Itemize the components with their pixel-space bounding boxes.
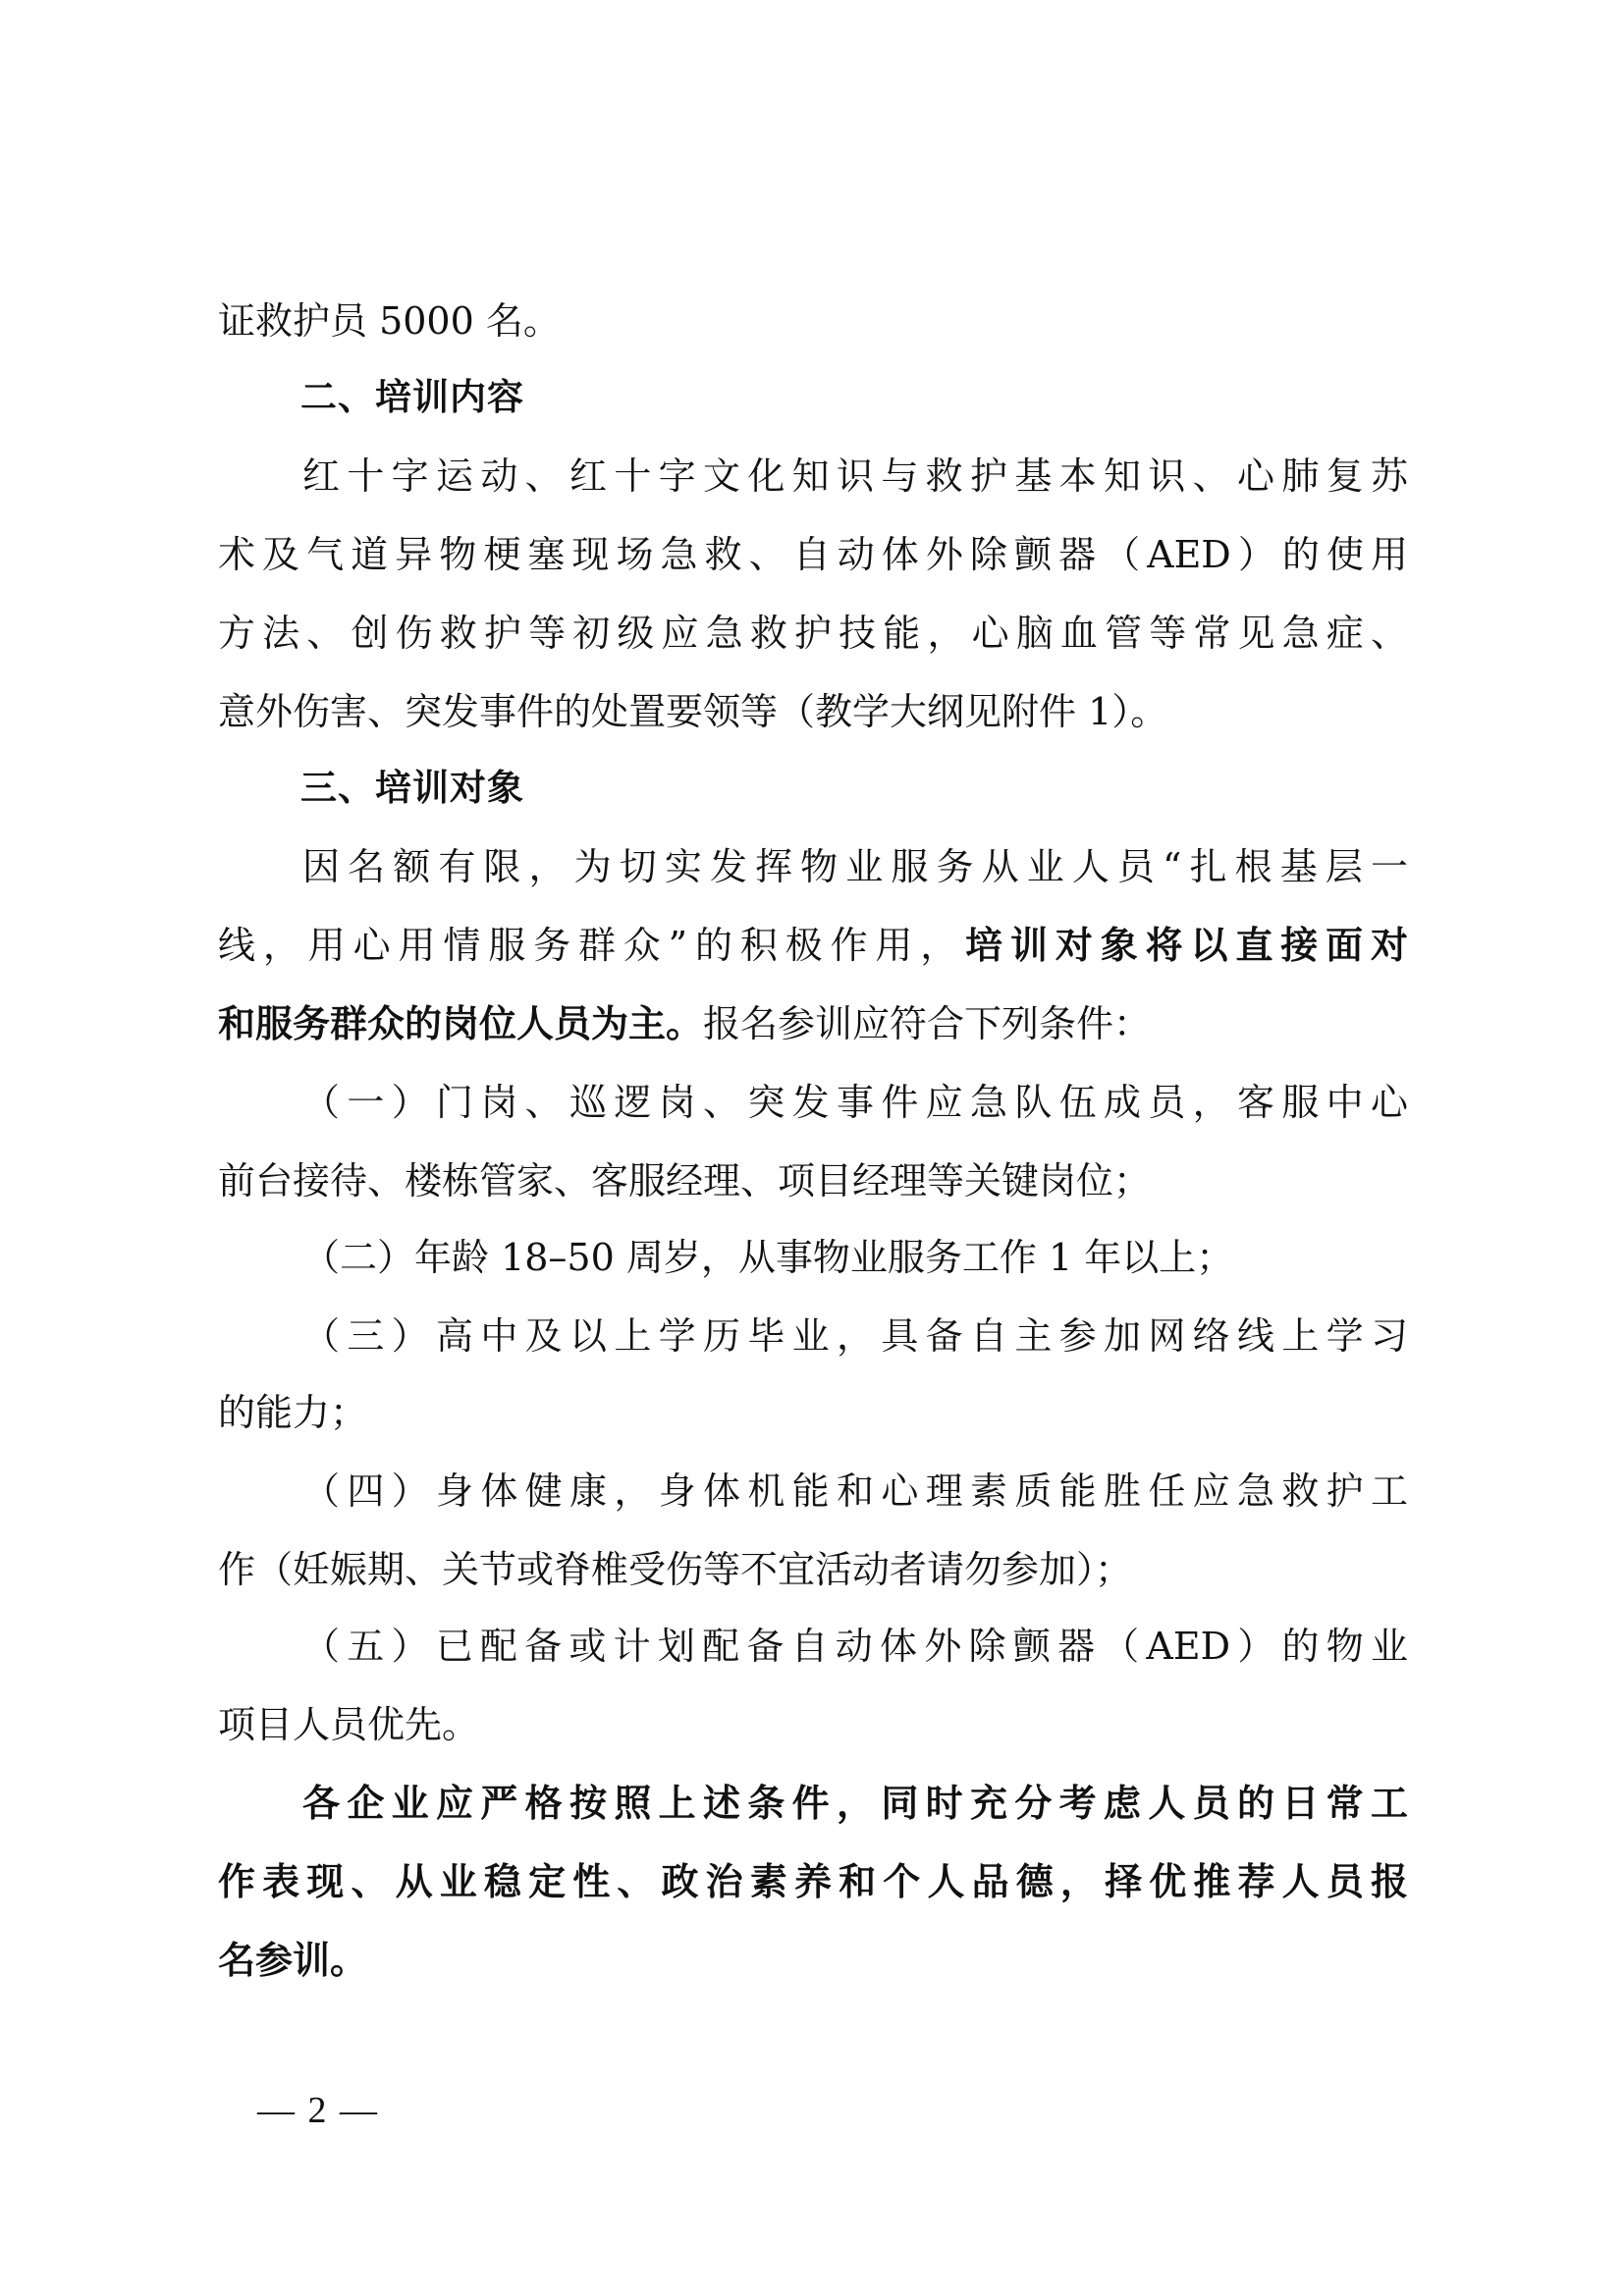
paragraph-text: 线，用心用情服务群众”的积极作用， [218,924,965,967]
list-item-condition-5: （五）已配备或计划配备自动体外除颤器（AED）的物业 [302,1617,1408,1676]
list-item-condition-4-cont: 作（妊娠期、关节或脊椎受伤等不宜活动者请勿参加）； [218,1540,1408,1599]
paragraph-line-mixed: 线，用心用情服务群众”的积极作用，培训对象将以直接面对 [218,916,1408,975]
list-item-condition-1-cont: 前台接待、楼栋管家、客服经理、项目经理等关键岗位； [218,1151,1408,1210]
list-item-condition-1: （一）门岗、巡逻岗、突发事件应急队伍成员，客服中心 [302,1073,1408,1132]
page-number: — 2 — [257,2089,379,2132]
list-item-condition-3-cont: 的能力； [218,1383,1408,1442]
paragraph-line: 红十字运动、红十字文化知识与救护基本知识、心肺复苏 [302,447,1408,506]
list-item-condition-4: （四）身体健康，身体机能和心理素质能胜任应急救护工 [302,1462,1408,1521]
section-heading-training-targets: 三、培训对象 [300,759,524,818]
list-item-condition-3: （三）高中及以上学历毕业，具备自主参加网络线上学习 [302,1307,1408,1365]
emphasis-text: 培训对象将以直接面对 [965,923,1408,967]
emphasis-paragraph-line: 作表现、从业稳定性、政治素养和个人品德，择优推荐人员报 [218,1852,1408,1911]
paragraph-text: 报名参训应符合下列条件： [703,1002,1151,1045]
emphasis-text: 和服务群众的岗位人员为主。 [218,1001,703,1045]
document-page: 证救护员 5000 名。 二、培训内容 红十字运动、红十字文化知识与救护基本知识… [0,0,1624,2296]
paragraph-line: 意外伤害、突发事件的处置要领等（教学大纲见附件 1）。 [218,682,1408,741]
emphasis-paragraph-line: 各企业应严格按照上述条件，同时充分考虑人员的日常工 [302,1774,1408,1833]
paragraph-line: 术及气道异物梗塞现场急救、自动体外除颤器（AED）的使用 [218,525,1408,584]
list-item-condition-5-cont: 项目人员优先。 [218,1695,1408,1754]
paragraph-line: 因名额有限，为切实发挥物业服务从业人员“扎根基层一 [302,837,1408,896]
section-heading-training-content: 二、培训内容 [300,368,524,427]
paragraph-line-mixed: 和服务群众的岗位人员为主。报名参训应符合下列条件： [218,994,1408,1053]
paragraph-line: 方法、创伤救护等初级应急救护技能，心脑血管等常见急症、 [218,604,1408,663]
emphasis-paragraph-line: 名参训。 [218,1931,1408,1990]
list-item-condition-2: （二）年龄 18–50 周岁，从事物业服务工作 1 年以上； [302,1228,1408,1287]
paragraph-line: 证救护员 5000 名。 [218,292,1408,350]
